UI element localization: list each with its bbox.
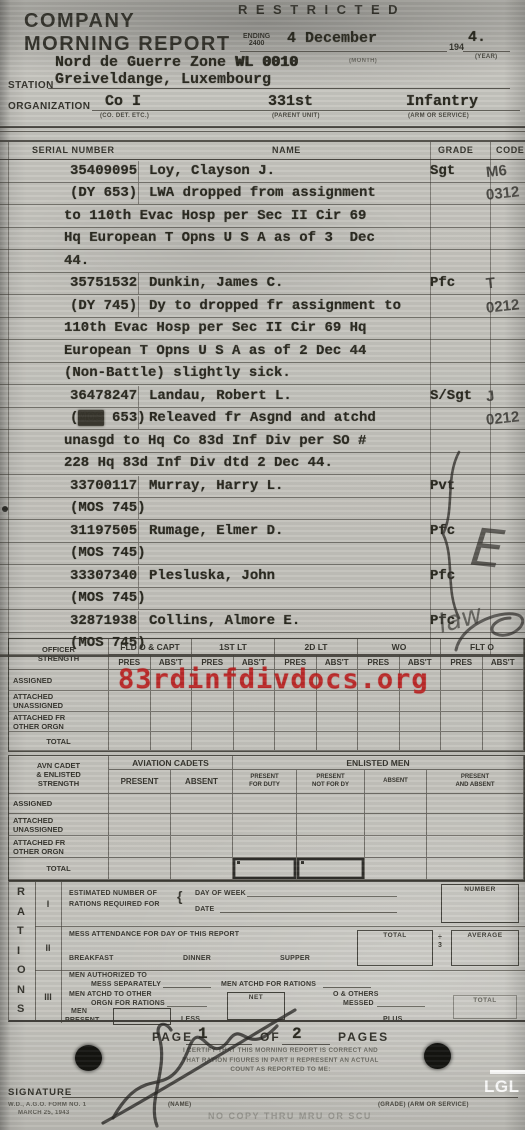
org-arm-value: Infantry [406, 93, 478, 110]
year-prefix: 194 [449, 42, 464, 52]
form-reference: W.D., A.G.O. FORM NO. 1 [8, 1102, 86, 1108]
average-box: AVERAGE [451, 930, 519, 966]
men-authorized-label: MEN AUTHORIZED TO [69, 972, 147, 979]
struck-text: MOS [78, 410, 103, 426]
roster-serial-cell: 31197505 [0, 521, 139, 542]
org-unit-value: Co I [105, 93, 141, 110]
roster-serial-cell: (MOS 745) [0, 543, 139, 564]
roster-name-cell: LWA dropped from assignment [139, 183, 422, 204]
roster-continuation-text: (Non-Battle) slightly sick. [64, 365, 291, 381]
officer-value-cell [400, 712, 442, 732]
part1-label1: ESTIMATED NUMBER OF [69, 890, 157, 897]
roster-code-cell: 0312 [482, 185, 525, 204]
officer-value-cell [317, 712, 359, 732]
roster-serial: 31197505 [70, 523, 137, 539]
roster-row: 35751532Dunkin, James C.PfcT [0, 273, 525, 296]
roster-continuation-text: to 110th Evac Hosp per Sec II Cir 69 [64, 208, 366, 224]
roster-continuation: (Non-Battle) slightly sick. [0, 363, 482, 384]
serial-column-header: SERIAL NUMBER [32, 145, 115, 155]
roster-row: (MOS 653)Releaved fr Asgnd and atchd0212 [0, 408, 525, 431]
code-column-header: CODE [496, 145, 524, 155]
pen-loop-annotation [452, 606, 525, 654]
o-and-others-label: O & OTHERS [333, 991, 379, 998]
roster-code-cell: M6 [482, 163, 525, 182]
roster-code-cell: 0212 [482, 410, 525, 429]
ending-time: 2400 [243, 40, 270, 47]
part3-total-box: TOTAL [453, 995, 517, 1019]
roster-name-cell: Releaved fr Asgnd and atchd [139, 408, 422, 429]
officer-value-cell [400, 732, 442, 751]
part1-brace: { [177, 888, 183, 904]
roster-name: Dunkin, James C. [149, 275, 283, 291]
roster-name-cell: Loy, Clayson J. [139, 161, 422, 182]
roster-serial: 32871938 [70, 613, 137, 629]
enlisted-value-cell [427, 814, 524, 836]
part1-label2: RATIONS REQUIRED FOR [69, 901, 160, 908]
name-column-header: NAME [272, 145, 301, 155]
roster-serial-cell: 36478247 [0, 386, 139, 407]
roster-continuation-text: 44. [64, 253, 89, 269]
plus-label: PLUS [383, 1016, 402, 1023]
roster-serial-cell: 33307340 [0, 566, 139, 587]
grade-sublabel: (GRADE) (ARM OR SERVICE) [378, 1102, 469, 1108]
officer-value-cell [234, 712, 276, 732]
messed-label: MESSED [343, 1000, 374, 1007]
roster-grade-cell [422, 427, 482, 429]
roster-continuation: unasgd to Hq Co 83d Inf Div per SO # [0, 431, 482, 452]
roster-serial-cell: 35751532 [0, 273, 139, 294]
coordinates-prefix: Nord de Guerre Zone [55, 54, 235, 71]
roster-name: Dy to dropped fr assignment to [149, 298, 401, 314]
supper-label: SUPPER [280, 955, 310, 962]
officer-value-cell [358, 712, 400, 732]
roster-name-cell: Rumage, Elmer D. [139, 521, 422, 542]
roster-serial-cell: (MOS 653) [0, 408, 139, 429]
mess-separately-label: MESS SEPARATELY [91, 981, 161, 988]
morning-report-document: RESTRICTED COMPANY MORNING REPORT ENDING… [0, 0, 525, 1130]
month-sublabel: (MONTH) [349, 58, 377, 64]
site-watermark: 83rdinfdivdocs.org [118, 664, 429, 695]
roster-row: (DY 653)LWA dropped from assignment0312 [0, 183, 525, 206]
day-of-week-field [247, 896, 397, 897]
officer-subheader: ABS'T [483, 655, 525, 670]
roster-code-cell: T [482, 275, 525, 294]
roster-name: Collins, Almore E. [149, 613, 300, 629]
roster-row: Hq European T Opns U S A as of 3 Dec [0, 228, 525, 251]
rations-rail-letter: T [17, 925, 24, 937]
roster-name: Plesluska, John [149, 568, 275, 584]
roster-code-handwritten: M6 [485, 161, 508, 180]
roster-serial: (DY 745) [70, 298, 137, 314]
date-field [220, 912, 397, 913]
roster-continuation: Hq European T Opns U S A as of 3 Dec [0, 228, 482, 249]
enlisted-value-cell [171, 794, 233, 814]
corner-watermark-bar [490, 1070, 525, 1074]
roster-serial-cell: (DY 745) [0, 296, 139, 317]
org-unit-sublabel: (CO. DET. ETC.) [100, 113, 149, 119]
roster-serial-cell: 32871938 [0, 611, 139, 632]
enlisted-value-cell [297, 814, 365, 836]
aviation-cadets-header: AVIATION CADETS [109, 756, 233, 770]
officer-value-cell [483, 732, 525, 751]
roster-code-cell [482, 361, 525, 362]
officer-value-cell [441, 712, 483, 732]
enlisted-value-cell [427, 858, 524, 880]
roster-name: Loy, Clayson J. [149, 163, 275, 179]
rations-rail-letter: R [17, 886, 25, 898]
form-reference-date: MARCH 25, 1943 [18, 1110, 70, 1116]
enlisted-men-header: ENLISTED MEN [233, 756, 524, 770]
roster-code-cell [482, 338, 525, 339]
roster-continuation-text: European T Opns U S A as of 2 Dec 44 [64, 343, 366, 359]
part2-numeral: II [35, 926, 62, 970]
roster-name-cell: Plesluska, John [139, 566, 422, 587]
roster-continuation: 110th Evac Hosp per Sec II Cir 69 Hq [0, 318, 482, 339]
roster-name-cell [139, 562, 422, 564]
officer-group-header: FLD O & CAPT [109, 639, 192, 655]
men-atchd-rations-label: MEN ATCHD FOR RATIONS [221, 981, 316, 988]
officer-strength-table: OFFICERSTRENGTHFLD O & CAPT1ST LT2D LTWO… [8, 638, 525, 752]
roster-name-cell: Dunkin, James C. [139, 273, 422, 294]
officer-strength-title: OFFICERSTRENGTH [9, 639, 109, 670]
roster-row: 44. [0, 250, 525, 273]
mess-total-box: TOTAL [357, 930, 433, 966]
officer-value-cell [483, 670, 525, 691]
roster-name: Landau, Robert L. [149, 388, 292, 404]
roster-code-cell [482, 226, 525, 227]
roster-serial-cell: (MOS 745) [0, 588, 139, 609]
mess-attendance-label: MESS ATTENDANCE FOR DAY OF THIS REPORT [69, 931, 239, 938]
roster-serial: 33307340 [70, 568, 137, 584]
roster-row: (Non-Battle) slightly sick. [0, 363, 525, 386]
roster-serial: (MOS 745) [70, 590, 146, 606]
enlisted-value-cell [365, 858, 427, 880]
enlisted-value-cell [297, 836, 365, 858]
rations-rail-letter: I [17, 945, 20, 957]
roster-serial: (MOS 745) [70, 545, 146, 561]
enlisted-row-label: TOTAL [9, 858, 109, 880]
officer-value-cell [483, 691, 525, 712]
rations-side-label: RATIONS [9, 882, 36, 1020]
roster-serial: 33700117 [70, 478, 137, 494]
roster-continuation-text: 228 Hq 83d Inf Div dtd 2 Dec 44. [64, 455, 333, 471]
roster-continuation-text: 110th Evac Hosp per Sec II Cir 69 Hq [64, 320, 366, 336]
roster-code-cell [482, 271, 525, 272]
officer-group-header: 1ST LT [192, 639, 275, 655]
roster-grade-cell: Sgt [422, 161, 482, 182]
officer-value-cell [109, 732, 151, 751]
rations-rail-letter: S [17, 1003, 24, 1015]
year-sublabel: (YEAR) [475, 54, 497, 60]
enlisted-row-label: ATTACHEDUNASSIGNED [9, 814, 109, 836]
roster-code-cell [482, 248, 525, 249]
organization-label: ORGANIZATION [8, 101, 90, 112]
roster-row: 110th Evac Hosp per Sec II Cir 69 Hq [0, 318, 525, 341]
signature-scrawl [95, 996, 330, 1128]
roster-continuation: to 110th Evac Hosp per Sec II Cir 69 [0, 206, 482, 227]
org-parent-value: 331st [268, 93, 313, 110]
divide-sign: ÷ [438, 934, 442, 941]
roster-continuation-text: unasgd to Hq Co 83d Inf Div per SO # [64, 433, 366, 449]
enlisted-value-cell [365, 836, 427, 858]
report-date-value: 4 December [287, 30, 377, 47]
roster-header-row: SERIAL NUMBER NAME GRADE CODE [0, 142, 525, 160]
roster-row: 35409095Loy, Clayson J.SgtM6 [0, 160, 525, 183]
coordinates-grid: WL 0010 [235, 54, 298, 71]
roster-grade-cell [422, 315, 482, 317]
divide-by-three: ÷ 3 [438, 934, 442, 950]
enlisted-value-cell [297, 858, 365, 880]
officer-value-cell [151, 712, 193, 732]
officer-value-cell [483, 712, 525, 732]
enlisted-value-cell [427, 794, 524, 814]
enlisted-value-cell [233, 794, 297, 814]
roster-grade: S/Sgt [430, 388, 472, 404]
brace-letter: E [468, 518, 507, 581]
roster-serial: (MOS 745) [70, 500, 146, 516]
men-atchd-rations-field [323, 987, 371, 988]
rations-rail-letter: A [17, 906, 25, 918]
enlisted-value-cell [365, 794, 427, 814]
roster-continuation: 44. [0, 251, 482, 272]
rations-part2: II MESS ATTENDANCE FOR DAY OF THIS REPOR… [35, 926, 525, 971]
station-label: STATION [8, 80, 54, 91]
officer-value-cell [192, 712, 234, 732]
org-arm-sublabel: (ARM OR SERVICE) [408, 113, 469, 119]
enlisted-value-cell [109, 836, 171, 858]
roster-code-cell [482, 383, 525, 384]
corner-watermark: LGL [484, 1077, 520, 1097]
enlisted-subheader: ABSENT [171, 770, 233, 794]
roster-name-cell: Murray, Harry L. [139, 476, 422, 497]
roster-serial-cell: (DY 653) [0, 183, 139, 204]
officer-row-label: ASSIGNED [9, 670, 109, 691]
roster-grade-cell: Pfc [422, 273, 482, 294]
margin-dot-annotation [2, 506, 8, 512]
enlisted-value-cell [171, 836, 233, 858]
roster-serial: 35751532 [70, 275, 137, 291]
roster-name: LWA dropped from assignment [149, 185, 376, 201]
station-value: Greiveldange, Luxembourg [55, 71, 271, 88]
form-title-line1: COMPANY [24, 10, 135, 33]
enlisted-row-label: ASSIGNED [9, 794, 109, 814]
roster-grade-cell [422, 202, 482, 204]
roster-continuation: 228 Hq 83d Inf Div dtd 2 Dec 44. [0, 453, 482, 474]
officer-value-cell [275, 732, 317, 751]
roster-row: to 110th Evac Hosp per Sec II Cir 69 [0, 205, 525, 228]
enlisted-value-cell [171, 814, 233, 836]
roster-serial: 35409095 [70, 163, 137, 179]
enlisted-strength-table: AVN CADET& ENLISTEDSTRENGTHAVIATION CADE… [8, 755, 525, 881]
officer-group-header: 2D LT [275, 639, 358, 655]
roster-serial: (DY 653) [70, 185, 137, 201]
officer-value-cell [441, 670, 483, 691]
officer-value-cell [234, 732, 276, 751]
enlisted-value-cell [109, 858, 171, 880]
date-label: DATE [195, 906, 214, 913]
officer-value-cell [358, 732, 400, 751]
roster-name: Rumage, Elmer D. [149, 523, 283, 539]
enlisted-value-cell [109, 814, 171, 836]
part3-numeral: III [35, 970, 62, 1023]
breakfast-label: BREAKFAST [69, 955, 114, 962]
org-parent-sublabel: (PARENT UNIT) [272, 113, 320, 119]
rations-rail-letter: N [17, 984, 25, 996]
enlisted-value-cell [233, 836, 297, 858]
officer-value-cell [317, 732, 359, 751]
enlisted-value-cell [365, 814, 427, 836]
form-title-line2: MORNING REPORT [24, 33, 231, 56]
roster-grade-cell: S/Sgt [422, 386, 482, 407]
roster-row: 36478247Landau, Robert L.S/SgtJ [0, 385, 525, 408]
day-of-week-label: DAY OF WEEK [195, 890, 246, 897]
roster-row: (DY 745)Dy to dropped fr assignment to02… [0, 295, 525, 318]
officer-value-cell [109, 712, 151, 732]
men-label: MEN [71, 1008, 87, 1015]
officer-row-label: TOTAL [9, 732, 109, 751]
officer-value-cell [441, 691, 483, 712]
roster-continuation-text: Hq European T Opns U S A as of 3 Dec [64, 230, 375, 246]
enlisted-strength-title: AVN CADET& ENLISTEDSTRENGTH [9, 756, 109, 794]
officer-row-label: ATTACHEDUNASSIGNED [9, 691, 109, 712]
roster-serial-cell: 33700117 [0, 476, 139, 497]
ending-label-block: ENDING 2400 [243, 33, 270, 47]
rations-part1: I ESTIMATED NUMBER OF RATIONS REQUIRED F… [35, 882, 525, 927]
officer-subheader: PRES [441, 655, 483, 670]
punch-hole-right [424, 1043, 451, 1069]
classification-banner: RESTRICTED [238, 2, 406, 17]
officer-value-cell [275, 712, 317, 732]
pages-label: PAGES [338, 1030, 389, 1044]
roster-grade: Pfc [430, 275, 455, 291]
officer-group-header: WO [358, 639, 441, 655]
roster-code-cell: J [482, 388, 525, 407]
roster-serial: (MOS 653) [70, 410, 146, 426]
roster-row: European T Opns U S A as of 2 Dec 44 [0, 340, 525, 363]
officer-value-cell [441, 732, 483, 751]
officer-row-label: ATTACHED FROTHER ORGN [9, 712, 109, 732]
enlisted-subheader: ABSENT [365, 770, 427, 794]
enlisted-value-cell [297, 794, 365, 814]
enlisted-subheader: PRESENTFOR DUTY [233, 770, 297, 794]
roster-serial: 36478247 [70, 388, 137, 404]
roster-serial-cell: 35409095 [0, 161, 139, 182]
roster-name-cell: Dy to dropped fr assignment to [139, 296, 422, 317]
officer-value-cell [151, 732, 193, 751]
year-value: 4. [468, 29, 486, 46]
roster-name-cell [139, 517, 422, 519]
enlisted-value-cell [427, 836, 524, 858]
roster-name-cell: Landau, Robert L. [139, 386, 422, 407]
number-box: NUMBER [441, 884, 519, 923]
roster-name: Releaved fr Asgnd and atchd [149, 410, 376, 426]
divisor: 3 [438, 942, 442, 949]
enlisted-row-label: ATTACHED FROTHER ORGN [9, 836, 109, 858]
messed-field [377, 1006, 425, 1007]
enlisted-value-cell [171, 858, 233, 880]
dinner-label: DINNER [183, 955, 211, 962]
enlisted-subheader: PRESENT [109, 770, 171, 794]
mess-separately-field [163, 987, 211, 988]
roster-name-cell: Collins, Almore E. [139, 611, 422, 632]
enlisted-subheader: PRESENTAND ABSENT [427, 770, 524, 794]
roster-code-cell: 0212 [482, 298, 525, 317]
table-left-rule [8, 142, 9, 655]
ending-label: ENDING [243, 33, 270, 40]
enlisted-value-cell [233, 814, 297, 836]
roster-name: Murray, Harry L. [149, 478, 283, 494]
enlisted-value-cell [109, 794, 171, 814]
part1-numeral: I [35, 882, 62, 926]
roster-continuation: European T Opns U S A as of 2 Dec 44 [0, 341, 482, 362]
officer-value-cell [192, 732, 234, 751]
enlisted-value-cell [233, 858, 297, 880]
rations-rail-letter: O [17, 964, 26, 976]
roster-serial-cell: (MOS 745) [0, 498, 139, 519]
enlisted-subheader: PRESENTNOT FOR DY [297, 770, 365, 794]
grade-column-header: GRADE [438, 145, 474, 155]
map-coordinates: Nord de Guerre Zone WL 0010 [55, 54, 298, 71]
roster-grade: Sgt [430, 163, 455, 179]
roster-name-cell [139, 607, 422, 609]
